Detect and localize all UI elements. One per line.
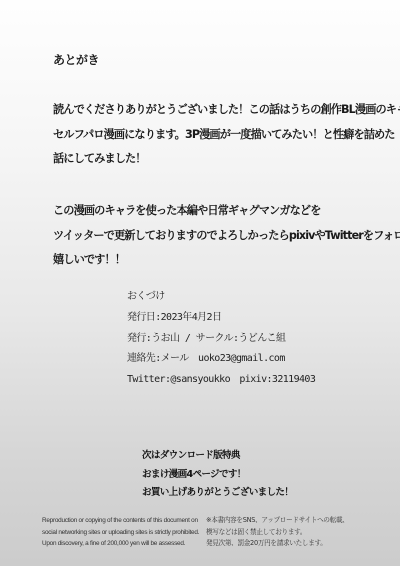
bonus-line: 次はダウンロード版特典 <box>142 447 293 466</box>
notice-line: Reproduction or copying of the contents … <box>42 515 199 527</box>
paragraph-line: ツイッターで更新しておりますのでよろしかったらpixivやTwitterをフォロ… <box>53 224 400 249</box>
afterword-page: あとがき 読んでくださりありがとうございました！この話はうちの創作BL漫画のキャ… <box>0 0 400 566</box>
bonus-line: おまけ漫画4ページです！ <box>142 466 293 485</box>
afterword-paragraph-2: この漫画のキャラを使った本編や日常ギャグマンガなどを ツイッターで更新しておりま… <box>53 199 400 273</box>
colophon-title: おくづけ <box>127 287 315 308</box>
colophon-publisher: 発行:うお山 / サークル:うどんこ組 <box>127 329 315 350</box>
colophon-contact: 連絡先:メール uoko23@gmail.com <box>127 349 315 370</box>
colophon-social: Twitter:@sansyoukko pixiv:32119403 <box>127 370 315 391</box>
notice-line: 発見次第、罰金20万円を請求いたします。 <box>206 538 349 550</box>
notice-line: 模写などは固く禁止しております。 <box>206 527 349 539</box>
copyright-notice-japanese: ※本書内容をSNS、アップロードサイトへの転載、 模写などは固く禁止しております… <box>206 515 349 550</box>
notice-line: ※本書内容をSNS、アップロードサイトへの転載、 <box>206 515 349 527</box>
paragraph-line: 嬉しいです！！ <box>53 248 400 273</box>
bonus-line: お買い上げありがとうございました！ <box>142 484 293 503</box>
colophon: おくづけ 発行日:2023年4月2日 発行:うお山 / サークル:うどんこ組 連… <box>127 287 315 391</box>
afterword-paragraph-1: 読んでくださりありがとうございました！この話はうちの創作BL漫画のキャラを使った… <box>53 98 400 172</box>
paragraph-line: セルフパロ漫画になります。3P漫画が一度描いてみたい！と性癖を詰めた <box>53 123 400 148</box>
paragraph-line: 読んでくださりありがとうございました！この話はうちの創作BL漫画のキャラを使った <box>53 98 400 123</box>
paragraph-line: この漫画のキャラを使った本編や日常ギャグマンガなどを <box>53 199 400 224</box>
bonus-note: 次はダウンロード版特典 おまけ漫画4ページです！ お買い上げありがとうございまし… <box>142 447 293 503</box>
paragraph-line: 話にしてみました！ <box>53 147 400 172</box>
copyright-notice-english: Reproduction or copying of the contents … <box>42 515 199 550</box>
notice-line: Upon discovery, a fine of 200,000 yen wi… <box>42 538 199 550</box>
afterword-heading: あとがき <box>53 51 99 68</box>
colophon-date: 発行日:2023年4月2日 <box>127 308 315 329</box>
notice-line: social networking sites or uploading sit… <box>42 527 199 539</box>
